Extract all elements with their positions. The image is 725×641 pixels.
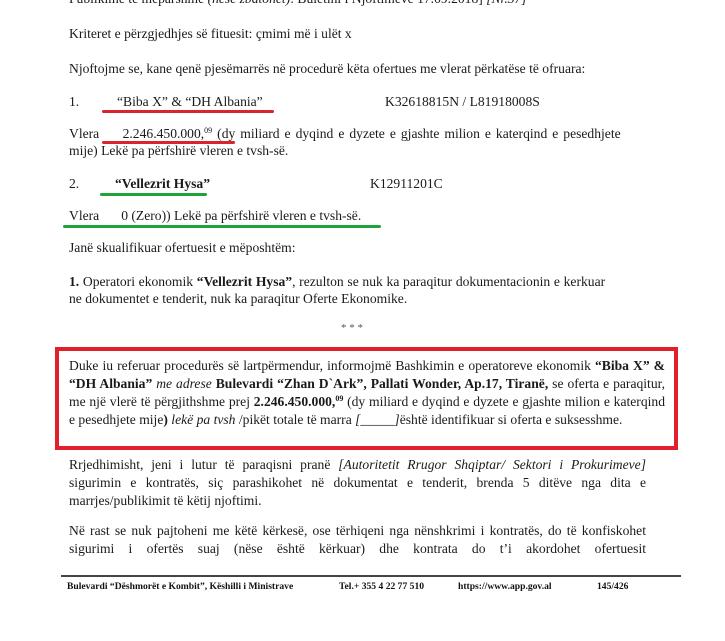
- disqualified-prefix: Operatori ekonomik: [79, 274, 197, 289]
- guarantee-details: sigurimin e kontratës, siç parashikohet …: [69, 475, 646, 508]
- contracting-authority: [Autoritetit Rrugor Shqiptar/ Sektori i …: [338, 457, 646, 472]
- bid-value-words: (Zero)) Lekë pa përfshirë vleren e tvsh-…: [128, 208, 361, 223]
- bidder-value-line: Vlera0 (Zero)) Lekë pa përfshirë vleren …: [69, 208, 361, 224]
- bulletin-reference: : Buletini i Njoftimeve 17.09.2018]: [290, 0, 486, 6]
- bidder-nipt: K12911201C: [370, 176, 443, 192]
- page-number: 145/426: [597, 581, 628, 592]
- disqualified-reason-cont: ne dokumentet e tenderit, nuk ka paraqit…: [69, 291, 407, 307]
- address-label: me adrese: [152, 376, 215, 391]
- footer-address: Bulevardi “Dëshmorët e Kombit”, Këshilli…: [67, 581, 293, 592]
- bidder-nipt: K32618815N / L81918008S: [385, 94, 540, 110]
- previous-publications-label: Publikime të mëparshme: [69, 0, 208, 6]
- contract-guarantee-paragraph: Rrjedhimisht, jeni i lutur të paraqisni …: [69, 456, 646, 510]
- green-underline-bid-value: [63, 225, 381, 228]
- winner-value: 2.246.450.000,: [254, 394, 336, 409]
- bidder-name: “Biba X” & “DH Albania”: [117, 94, 263, 110]
- value-label: Vlera: [69, 126, 99, 141]
- disqualified-name: “Vellezrit Hysa”: [197, 274, 292, 289]
- bid-value-decimals: 09: [204, 126, 212, 135]
- winner-address: Bulevardi “Zhan D`Ark”, Pallati Wonder, …: [216, 376, 549, 391]
- footer-website[interactable]: https://www.app.gov.al: [458, 581, 552, 592]
- winner-announcement: Duke iu referuar procedurës së lartpërme…: [69, 357, 665, 429]
- participants-intro: Njoftojme se, kane qenë pjesëmarrës në p…: [69, 61, 585, 77]
- bid-value-words: (dy miliard e dyqind e dyzete e gjashte …: [212, 126, 620, 141]
- green-underline-bidder-name: [100, 193, 207, 196]
- previous-publications-line: Publikime të mëparshme (nëse zbatohet): …: [69, 0, 527, 7]
- bidder-name: “Vellezrit Hysa”: [115, 176, 210, 192]
- footer-phone: Tel.+ 355 4 22 77 510: [339, 581, 424, 592]
- bidder-number: 1.: [69, 94, 79, 110]
- red-underline-bidder-name: [102, 110, 274, 113]
- previous-publications-note: (nëse zbatohet): [208, 0, 291, 6]
- footer-divider: [61, 575, 681, 577]
- bid-value: 0: [121, 208, 128, 223]
- bid-value: 2.246.450.000,: [123, 126, 205, 141]
- bidder-number: 2.: [69, 176, 79, 192]
- points-label: /pikët totale të marra: [239, 412, 355, 427]
- disqualified-reason: , rezulton se nuk ka paraqitur dokumenta…: [292, 274, 605, 289]
- guarantee-intro: Rrjedhimisht, jeni i lutur të paraqisni …: [69, 457, 338, 472]
- disqualified-number: 1.: [69, 274, 79, 289]
- winner-intro: Duke iu referuar procedurës së lartpërme…: [69, 358, 595, 373]
- selection-criteria: Kriteret e përzgjedhjes së fituesit: çmi…: [69, 26, 352, 42]
- value-label: Vlera: [69, 208, 99, 223]
- winner-highlight-box: Duke iu referuar procedurës së lartpërme…: [55, 347, 678, 450]
- bulletin-number: [Nr.37]: [486, 0, 526, 6]
- refusal-paragraph: Në rast se nuk pajtoheni me këtë kërkesë…: [69, 522, 646, 558]
- currency-note: lekë pa tvsh: [168, 412, 239, 427]
- points-blank: [_____]: [355, 412, 400, 427]
- disqualified-line-1: 1. Operatori ekonomik “Vellezrit Hysa”, …: [69, 274, 605, 290]
- winner-conclusion: është identifikuar si oferta e suksesshm…: [400, 412, 623, 427]
- disqualified-intro: Janë skualifikuar ofertuesit e mëposhtëm…: [69, 240, 296, 256]
- bid-value-words-cont: mije) Lekë pa përfshirë vleren e tvsh-së…: [69, 143, 288, 159]
- bidder-value-line: Vlera 2.246.450.000,09 (dy miliard e dyq…: [69, 126, 621, 142]
- section-separator: * * *: [341, 322, 363, 334]
